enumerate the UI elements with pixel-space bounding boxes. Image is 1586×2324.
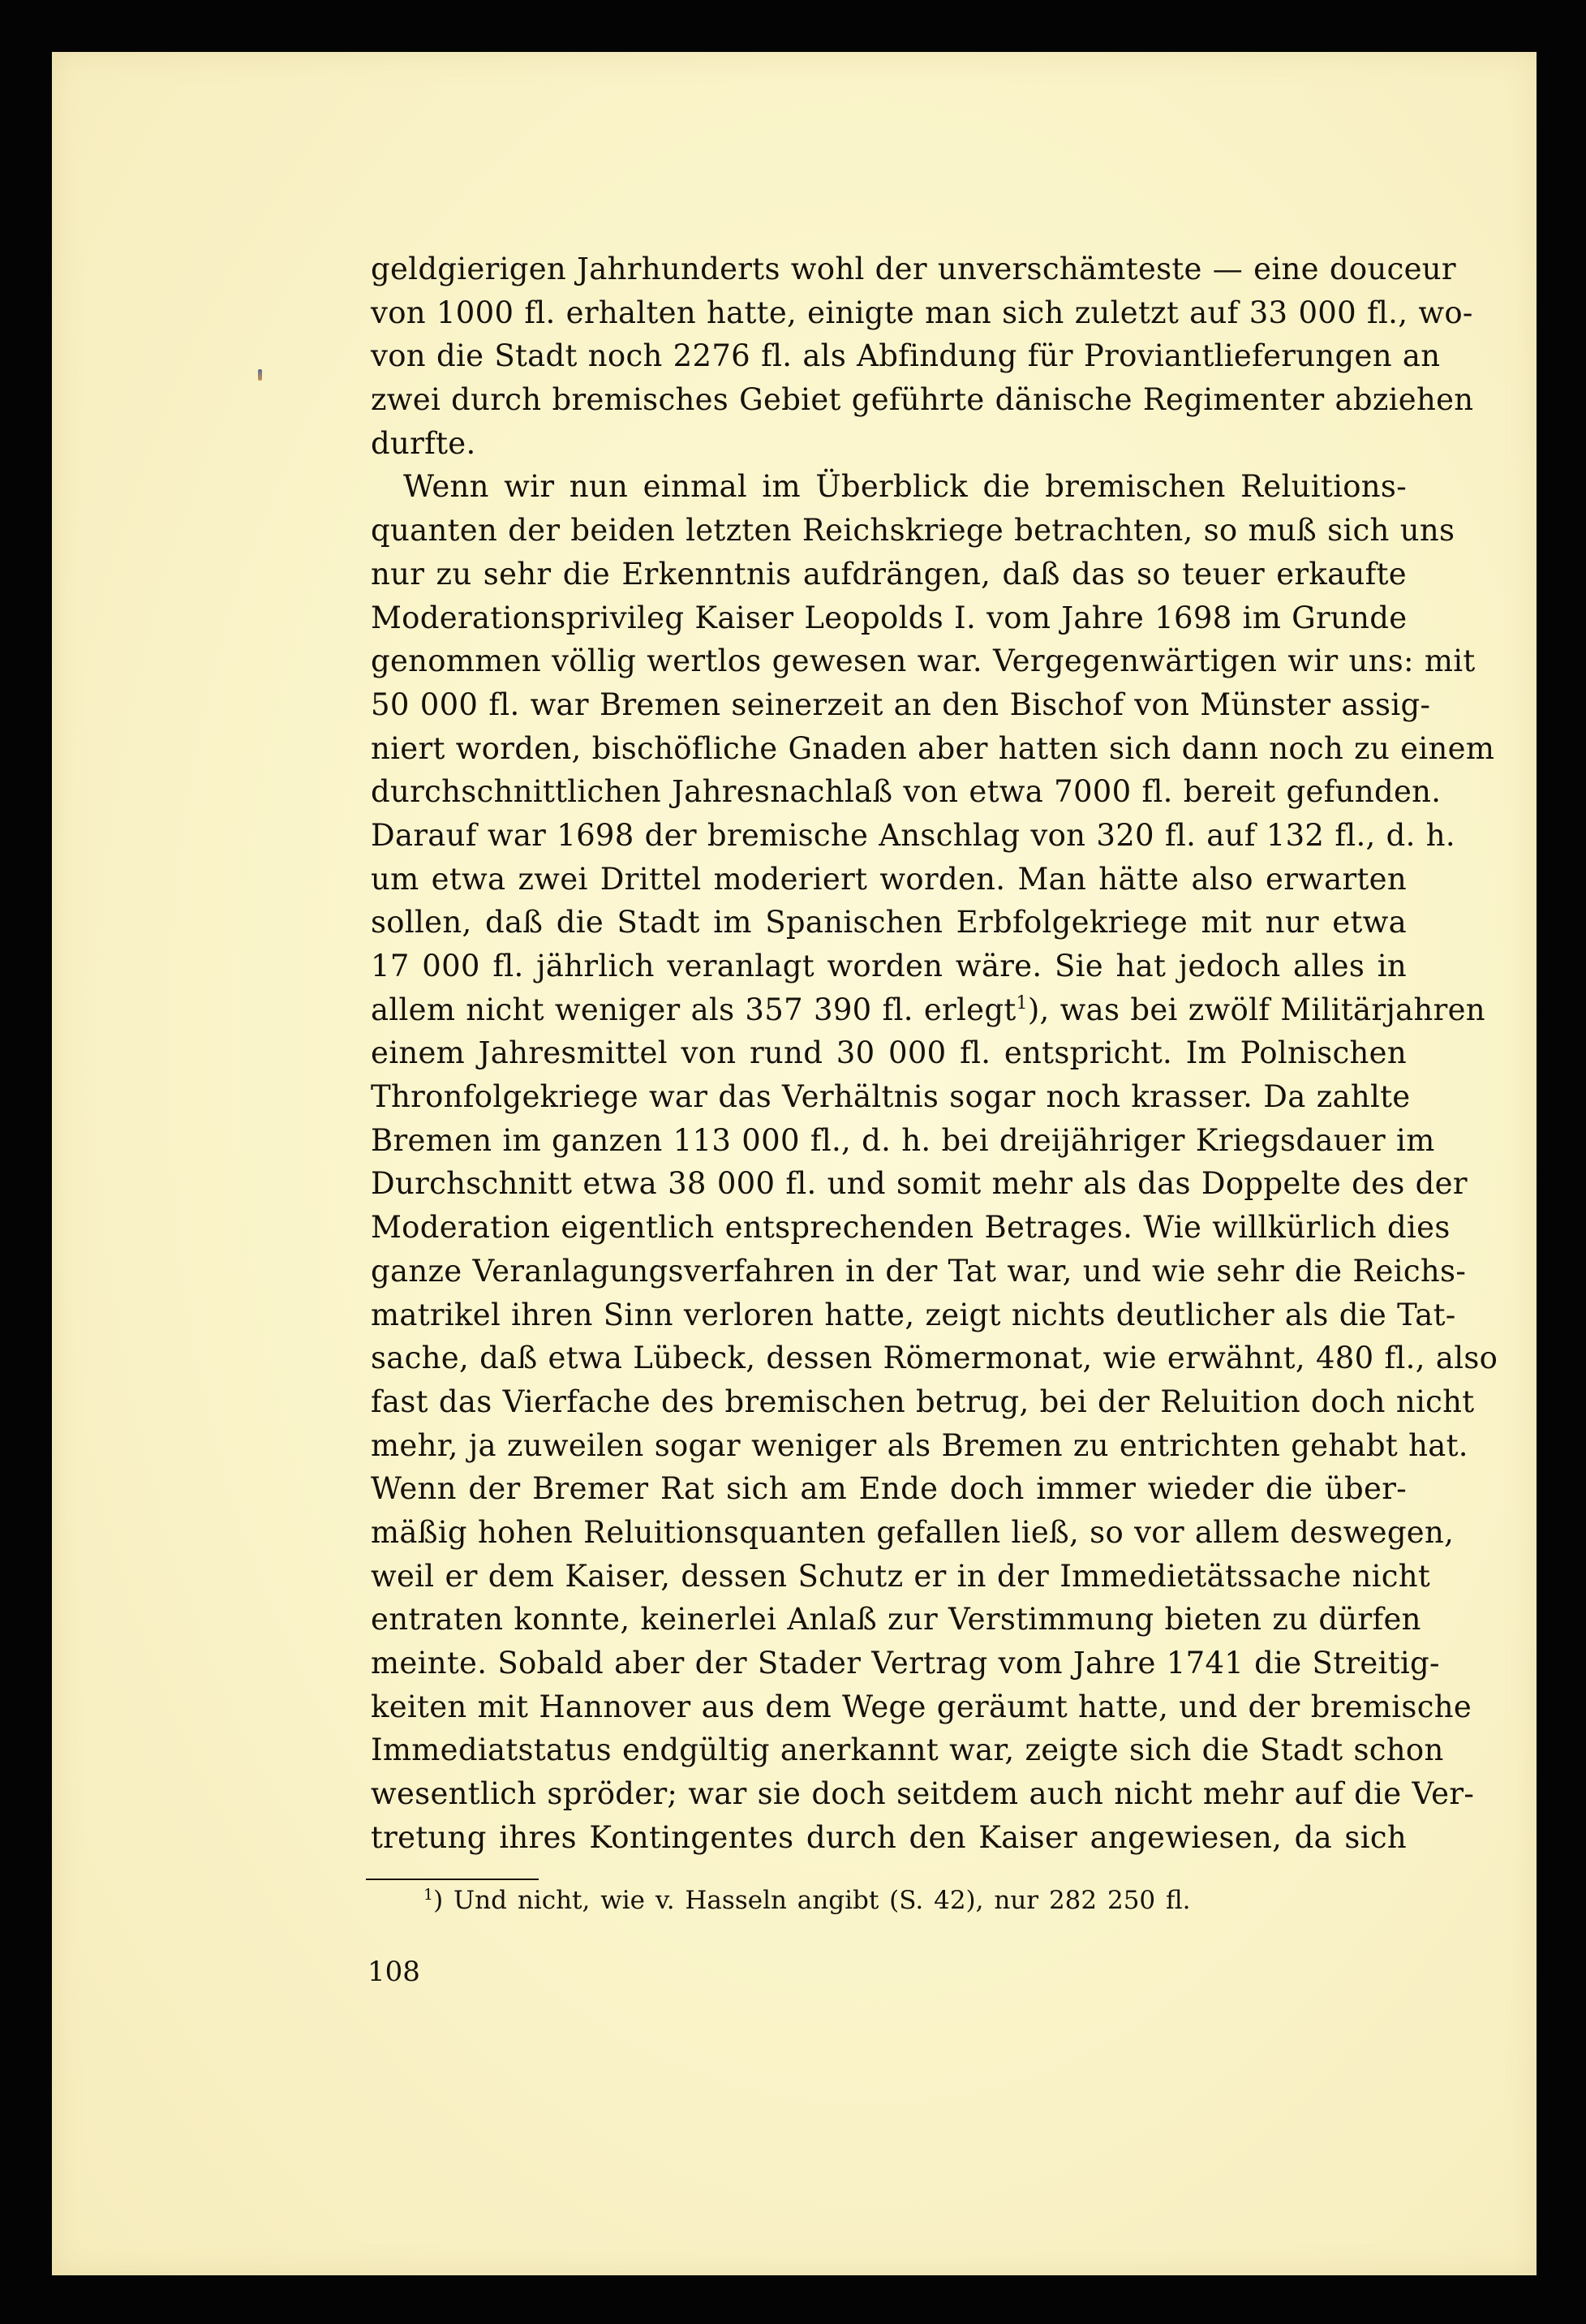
text-line: von die Stadt noch 2276 fl. als Abfindun… <box>371 334 1407 378</box>
text-line: einem Jahresmittel von rund 30 000 fl. e… <box>371 1031 1407 1075</box>
text-line-with-footnote-ref: allem nicht weniger als 357 390 fl. erle… <box>371 988 1407 1032</box>
text-line: Moderation eigentlich entsprechenden Bet… <box>371 1206 1407 1250</box>
text-segment: ), was bei zwölf Militärjahren <box>1028 992 1485 1027</box>
text-line: nur zu sehr die Erkenntnis aufdrängen, d… <box>371 553 1407 596</box>
footnote: 1) Und nicht, wie v. Hasseln angibt (S. … <box>423 1884 1191 1917</box>
text-line: durfte. <box>371 422 1407 466</box>
text-line: keiten mit Hannover aus dem Wege geräumt… <box>371 1685 1407 1729</box>
text-segment: allem nicht weniger als 357 390 fl. erle… <box>371 992 1017 1027</box>
text-line: 50 000 fl. war Bremen seinerzeit an den … <box>371 683 1407 727</box>
text-line: matrikel ihren Sinn verloren hatte, zeig… <box>371 1293 1407 1337</box>
scan-speck-mark <box>258 369 262 381</box>
text-line: Bremen im ganzen 113 000 fl., d. h. bei … <box>371 1119 1407 1163</box>
footnote-text: ) Und nicht, wie v. Hasseln angibt (S. 4… <box>433 1886 1190 1915</box>
text-line: Immediatstatus endgültig anerkannt war, … <box>371 1728 1407 1772</box>
text-line: um etwa zwei Drittel moderiert worden. M… <box>371 858 1407 902</box>
text-line: von 1000 fl. erhalten hatte, einigte man… <box>371 291 1407 335</box>
text-line: tretung ihres Kontingentes durch den Kai… <box>371 1816 1407 1860</box>
text-line: durchschnittlichen Jahresnachlaß von etw… <box>371 770 1407 814</box>
text-line: wesentlich spröder; war sie doch seitdem… <box>371 1772 1407 1816</box>
footnote-separator-rule <box>366 1879 539 1880</box>
footnote-reference[interactable]: 1 <box>1017 993 1028 1014</box>
body-text: geldgierigen Jahrhunderts wohl der unver… <box>371 247 1407 1859</box>
text-line: entraten konnte, keinerlei Anlaß zur Ver… <box>371 1598 1407 1642</box>
text-line: weil er dem Kaiser, dessen Schutz er in … <box>371 1555 1407 1599</box>
text-line: mehr, ja zuweilen sogar weniger als Brem… <box>371 1424 1407 1468</box>
text-line: 17 000 fl. jährlich veranlagt worden wär… <box>371 945 1407 988</box>
text-line: Wenn wir nun einmal im Überblick die bre… <box>371 465 1407 509</box>
text-line: ganze Veranlagungsverfahren in der Tat w… <box>371 1250 1407 1293</box>
page-number: 108 <box>367 1954 420 1990</box>
text-line: niert worden, bischöfliche Gnaden aber h… <box>371 727 1407 771</box>
text-line: Moderationsprivileg Kaiser Leopolds I. v… <box>371 596 1407 640</box>
text-line: mäßig hohen Reluitionsquanten gefallen l… <box>371 1511 1407 1555</box>
text-line: fast das Vierfache des bremischen betrug… <box>371 1380 1407 1424</box>
text-line: zwei durch bremisches Gebiet geführte dä… <box>371 378 1407 422</box>
text-line: Darauf war 1698 der bremische Anschlag v… <box>371 814 1407 858</box>
footnote-marker: 1 <box>423 1886 433 1904</box>
text-line: Wenn der Bremer Rat sich am Ende doch im… <box>371 1467 1407 1511</box>
text-line: genommen völlig wertlos gewesen war. Ver… <box>371 639 1407 683</box>
text-line: geldgierigen Jahrhunderts wohl der unver… <box>371 247 1407 291</box>
text-line: sache, daß etwa Lübeck, dessen Römermona… <box>371 1336 1407 1380</box>
scanned-page: geldgierigen Jahrhunderts wohl der unver… <box>0 0 1586 2324</box>
text-line: Thronfolgekriege war das Verhältnis soga… <box>371 1075 1407 1119</box>
text-line: quanten der beiden letzten Reichskriege … <box>371 509 1407 553</box>
text-line: meinte. Sobald aber der Stader Vertrag v… <box>371 1642 1407 1685</box>
text-line: Durchschnitt etwa 38 000 fl. und somit m… <box>371 1162 1407 1206</box>
text-line: sollen, daß die Stadt im Spanischen Erbf… <box>371 901 1407 945</box>
